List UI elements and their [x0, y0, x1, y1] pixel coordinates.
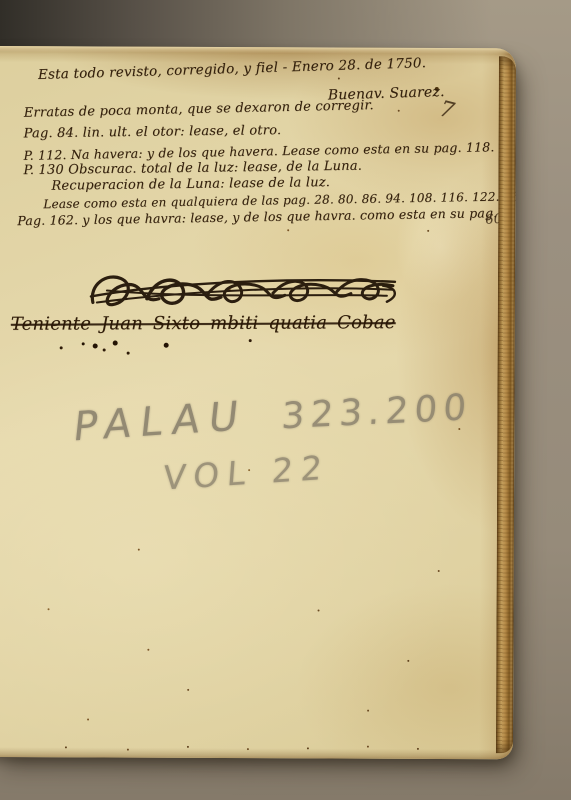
pencil-number-text: 323.200 [280, 387, 473, 437]
errata-heading-line: Erratas de poca monta, que se dexaron de… [24, 98, 374, 121]
photo-of-manuscript: Esta todo revisto, corregido, y fiel - E… [0, 0, 571, 800]
errata-line: Recuperacion de la Luna: lease de la luz… [51, 175, 330, 194]
revision-note-line: Esta todo revisto, corregido, y fiel - E… [38, 55, 427, 83]
page-surface: Esta todo revisto, corregido, y fiel - E… [0, 46, 516, 759]
struck-ownership-line: Teniente Juan Sixto mbiti quatia Cobae [11, 312, 396, 335]
ink-scribble-cancellation [87, 266, 399, 315]
book-fore-edge [496, 56, 516, 753]
pencil-catalog-text: PALAU [71, 393, 249, 451]
errata-line: Pag. 84. lin. ult. el otor: lease, el ot… [24, 123, 282, 141]
pencil-volume-text: VOL 22 [162, 448, 331, 498]
ink-spatter-dots [82, 342, 85, 345]
paraph-mark: 7 [437, 97, 457, 125]
manuscript-page: Esta todo revisto, corregido, y fiel - E… [0, 46, 516, 759]
